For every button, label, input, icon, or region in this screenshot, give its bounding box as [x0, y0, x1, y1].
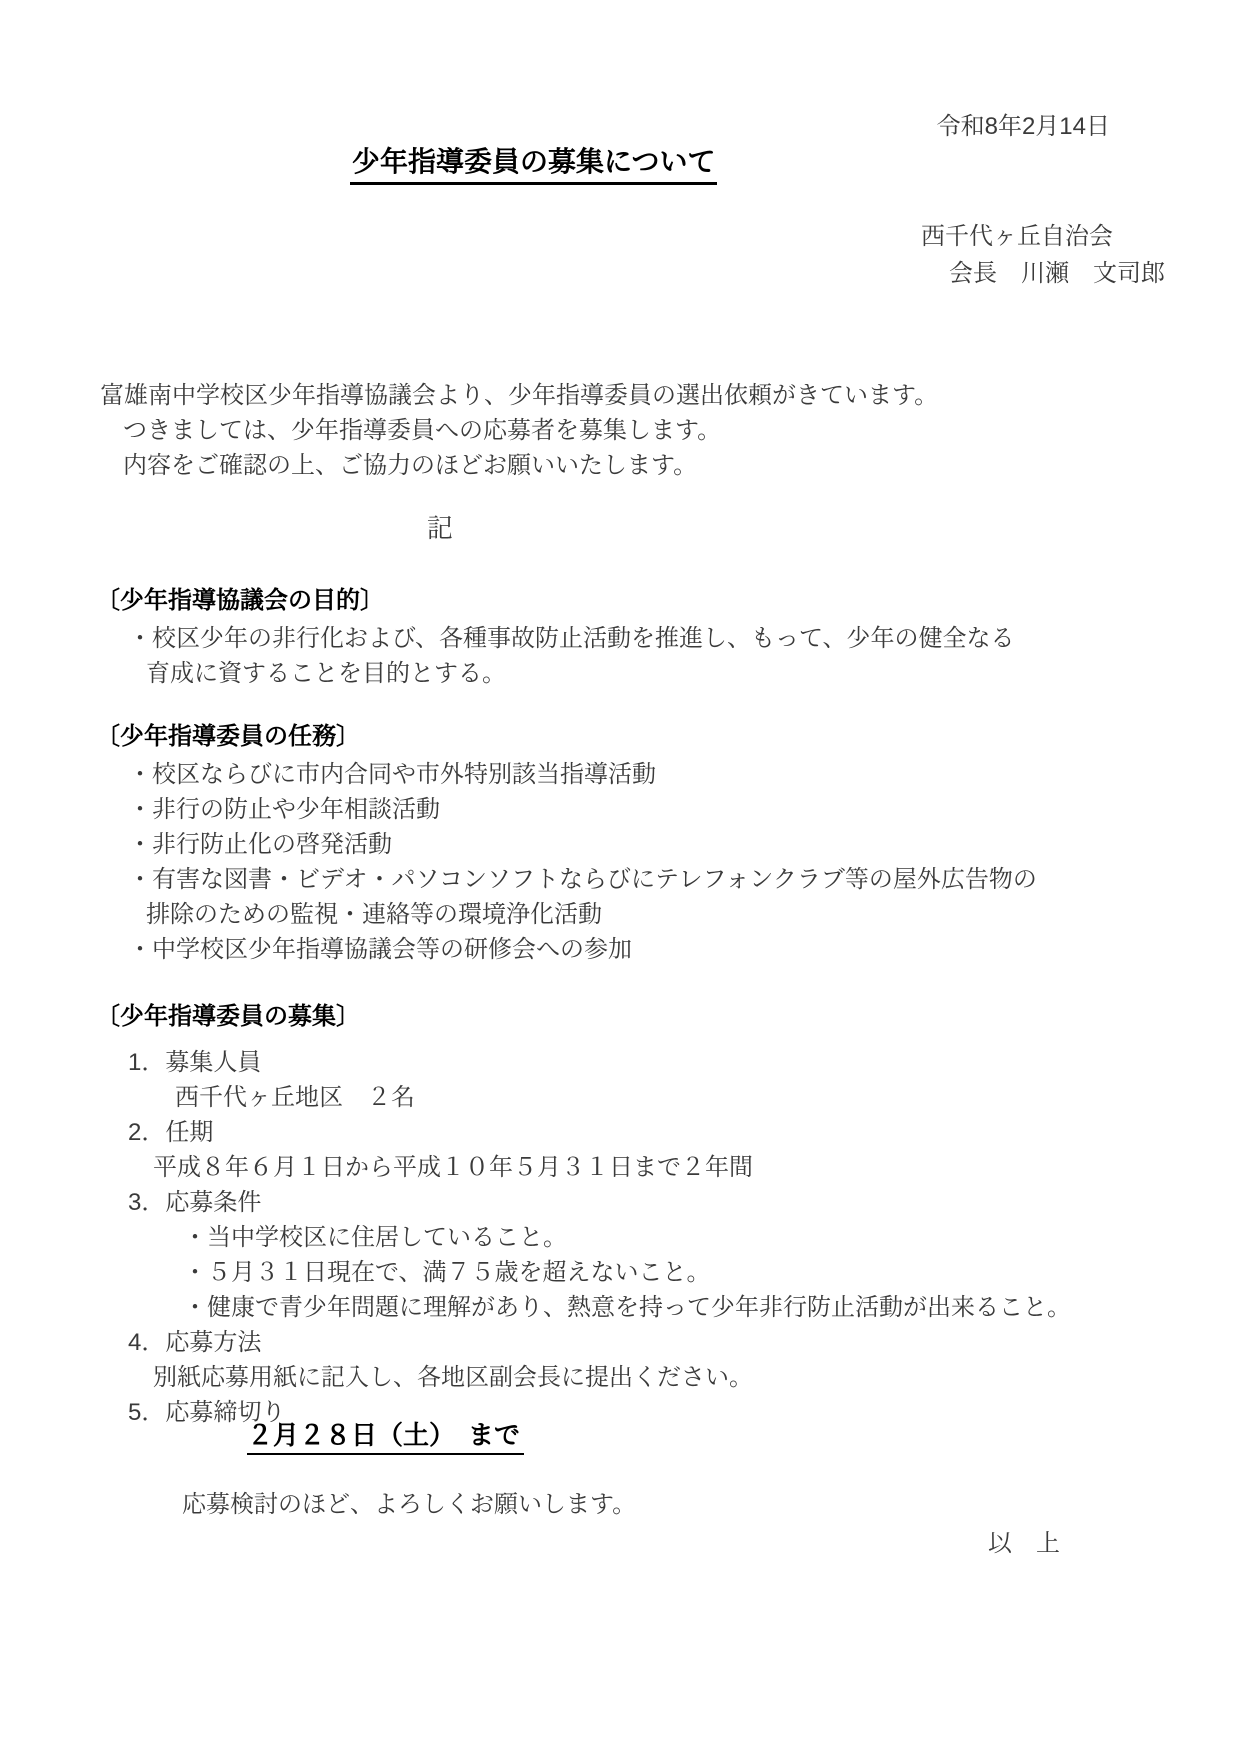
intro-paragraph: 富雄南中学校区少年指導協議会より、少年指導委員の選出依頼がきています。 つきまし… — [100, 378, 938, 483]
item-detail: 西千代ヶ丘地区 ２名 — [96, 1080, 1071, 1115]
item-detail: 別紙応募用紙に記入し、各地区副会長に提出ください。 — [96, 1360, 1071, 1395]
intro-line: 内容をご確認の上、ご協力のほどお願いいたします。 — [100, 448, 938, 483]
continuation-line: 排除のための監視・連絡等の環境浄化活動 — [96, 897, 1037, 932]
bullet-line: ・校区少年の非行化および、各種事故防止活動を推進し、もって、少年の健全なる — [96, 621, 1015, 656]
sender-representative: 会長 川瀬 文司郎 — [921, 255, 1165, 292]
continuation-line: 育成に資することを目的とする。 — [96, 656, 1015, 691]
item-detail: 平成８年６月１日から平成１０年５月３１日まで２年間 — [96, 1150, 1071, 1185]
deadline-highlight: ２月２８日（土） まで — [247, 1420, 524, 1455]
intro-line: 富雄南中学校区少年指導協議会より、少年指導委員の選出依頼がきています。 — [100, 378, 938, 413]
numbered-item: 1．募集人員 — [96, 1045, 1071, 1080]
section-recruit: 〔少年指導委員の募集〕 1．募集人員 西千代ヶ丘地区 ２名 2．任期 平成８年６… — [96, 999, 1071, 1430]
condition-line: ・５月３１日現在で、満７５歳を超えないこと。 — [96, 1255, 1071, 1290]
section-heading: 〔少年指導委員の任務〕 — [96, 719, 1037, 755]
bullet-line: ・中学校区少年指導協議会等の研修会への参加 — [96, 932, 1037, 967]
condition-line: ・当中学校区に住居していること。 — [96, 1220, 1071, 1255]
condition-line: ・健康で青少年問題に理解があり、熱意を持って少年非行防止活動が出来ること。 — [96, 1290, 1071, 1325]
document-title: 少年指導委員の募集について — [350, 146, 717, 185]
section-purpose: 〔少年指導協議会の目的〕 ・校区少年の非行化および、各種事故防止活動を推進し、も… — [96, 583, 1015, 691]
section-heading: 〔少年指導協議会の目的〕 — [96, 583, 1015, 619]
bullet-line: ・非行防止化の啓発活動 — [96, 827, 1037, 862]
section-heading: 〔少年指導委員の募集〕 — [96, 999, 1071, 1035]
intro-line: つきましては、少年指導委員への応募者を募集します。 — [100, 413, 938, 448]
bullet-line: ・非行の防止や少年相談活動 — [96, 792, 1037, 827]
numbered-item: 4．応募方法 — [96, 1325, 1071, 1360]
closing-line: 応募検討のほど、よろしくお願いします。 — [182, 1491, 636, 1519]
end-marker: 以 上 — [988, 1530, 1060, 1558]
bullet-line: ・有害な図書・ビデオ・パソコンソフトならびにテレフォンクラブ等の屋外広告物の — [96, 862, 1037, 897]
numbered-item: 5．応募締切り — [96, 1395, 1071, 1430]
sender-block: 西千代ヶ丘自治会 会長 川瀬 文司郎 — [921, 218, 1165, 292]
bullet-line: ・校区ならびに市内合同や市外特別該当指導活動 — [96, 757, 1037, 792]
sender-organization: 西千代ヶ丘自治会 — [921, 218, 1165, 255]
document-page: 令和8年2月14日 少年指導委員の募集について 西千代ヶ丘自治会 会長 川瀬 文… — [0, 0, 1241, 1755]
numbered-item: 2．任期 — [96, 1115, 1071, 1150]
numbered-item: 3．応募条件 — [96, 1185, 1071, 1220]
record-marker: 記 — [427, 513, 453, 543]
section-duties: 〔少年指導委員の任務〕 ・校区ならびに市内合同や市外特別該当指導活動 ・非行の防… — [96, 719, 1037, 967]
document-date: 令和8年2月14日 — [937, 113, 1110, 141]
